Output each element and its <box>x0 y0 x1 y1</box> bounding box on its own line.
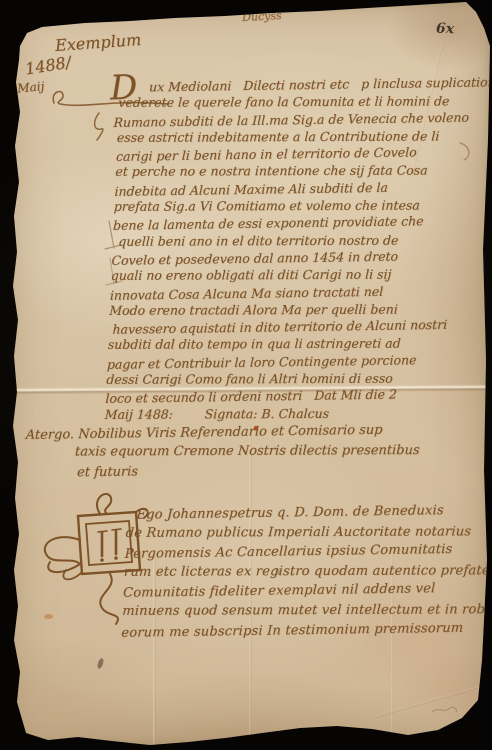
photo-stage: Ducyss 6x Exemplum 1488/ p. Maij D ux Me… <box>0 0 492 750</box>
letter-line: Maij 1488: Signata: B. Chalcus <box>104 404 489 423</box>
folio-number: 6x <box>436 21 455 38</box>
manuscript-paper: Ducyss 6x Exemplum 1488/ p. Maij D ux Me… <box>0 0 492 750</box>
notary-subscription: Ego Johannespetrus q. D. Dom. de Benedux… <box>121 501 492 641</box>
rust-stain <box>44 614 53 619</box>
atergo-line: et futuris <box>77 458 419 482</box>
letter-body: ux Mediolani Dilecti nostri etc p linclu… <box>104 74 492 423</box>
atergo-address: Atergo. Nobilibus Viris Referendario et … <box>24 421 421 481</box>
docket-mark: Ducyss <box>242 9 282 24</box>
